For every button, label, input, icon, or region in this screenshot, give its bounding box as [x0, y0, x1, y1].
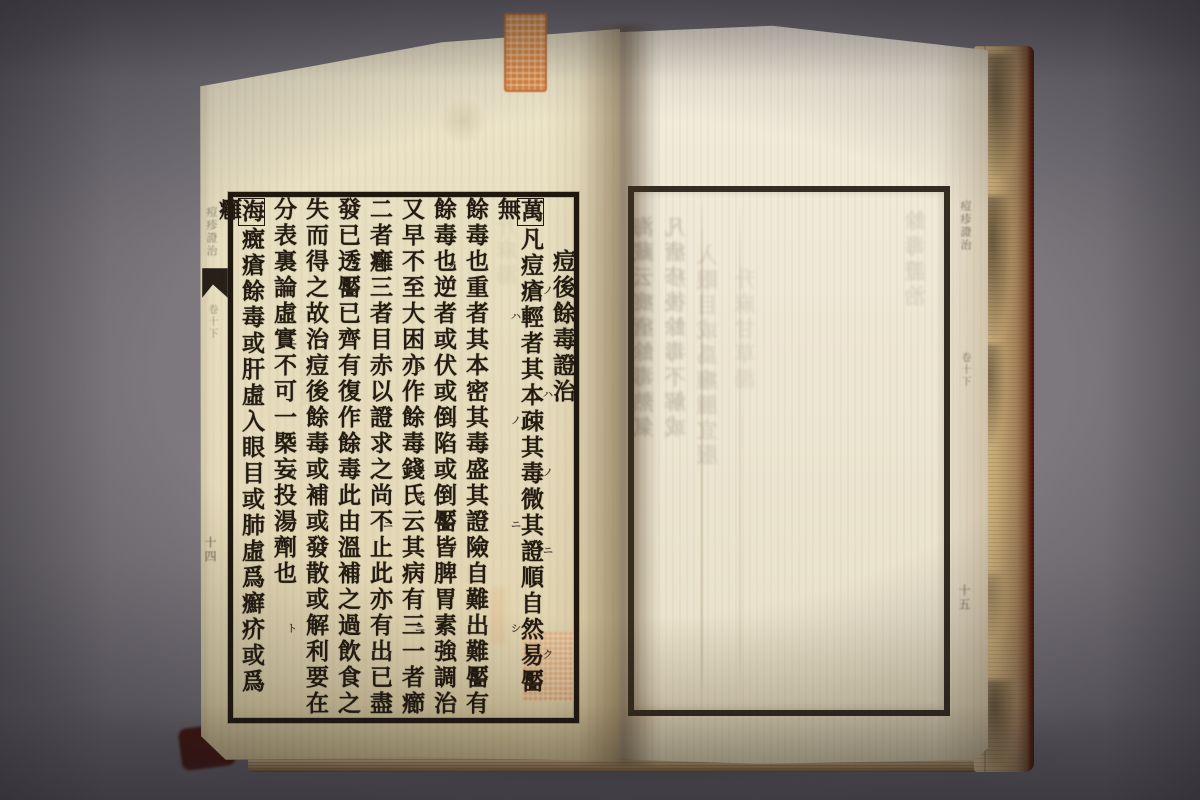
text-column: 發已透靨已齊有復作餘毒此由溫補之過飲食之	[336, 197, 359, 718]
running-title: 痘疹證治	[205, 206, 216, 258]
edge-leaf-number: 十五	[958, 584, 970, 612]
collector-seal-top	[504, 13, 547, 92]
text-column: 二者癰三者目赤以證求之尚不止此亦有出已盡	[368, 197, 391, 718]
text-column: 餘毒也重者其本密其毒盛其證險自難出難靨有	[464, 197, 487, 718]
photo-of-open-book: 痘後餘毒證治萬凡痘瘡輕者其本疎其毒微其證順自然易靨無餘毒也重者其本密其毒盛其證險…	[0, 0, 1200, 800]
text-column: 餘毒也逆者或伏或倒陷或倒靨皆脾胃素強調治	[432, 197, 455, 718]
text-column: 又早不至大困亦作餘毒錢氏云其病有三一者癤	[400, 197, 423, 718]
section-title-column: 痘後餘毒證治	[551, 249, 574, 718]
text-column: 萬凡痘瘡輕者其本疎其毒微其證順自然易靨無	[496, 197, 542, 718]
text-columns: 痘後餘毒證治萬凡痘瘡輕者其本疎其毒微其證順自然易靨無餘毒也重者其本密其毒盛其證險…	[233, 197, 574, 718]
volume-mark: 卷十下	[206, 304, 216, 340]
text-column: 失而得之故治痘後餘毒或補或發散或解利要在	[304, 197, 327, 718]
boxed-author-mark: 海	[238, 198, 265, 226]
leaf-number: 十四	[204, 536, 216, 564]
text-column: 分表裏論虛實不可一槩妄投湯劑也	[272, 197, 295, 718]
boxed-author-mark: 萬	[517, 198, 544, 226]
text-column: 海癍瘡餘毒或肝虛入眼目或肺虛爲癬疥或爲癰	[217, 197, 263, 718]
edge-running-title: 痘疹證治	[959, 200, 970, 252]
edge-volume-mark: 卷十下	[959, 352, 969, 388]
blank-page-frame	[628, 186, 950, 716]
